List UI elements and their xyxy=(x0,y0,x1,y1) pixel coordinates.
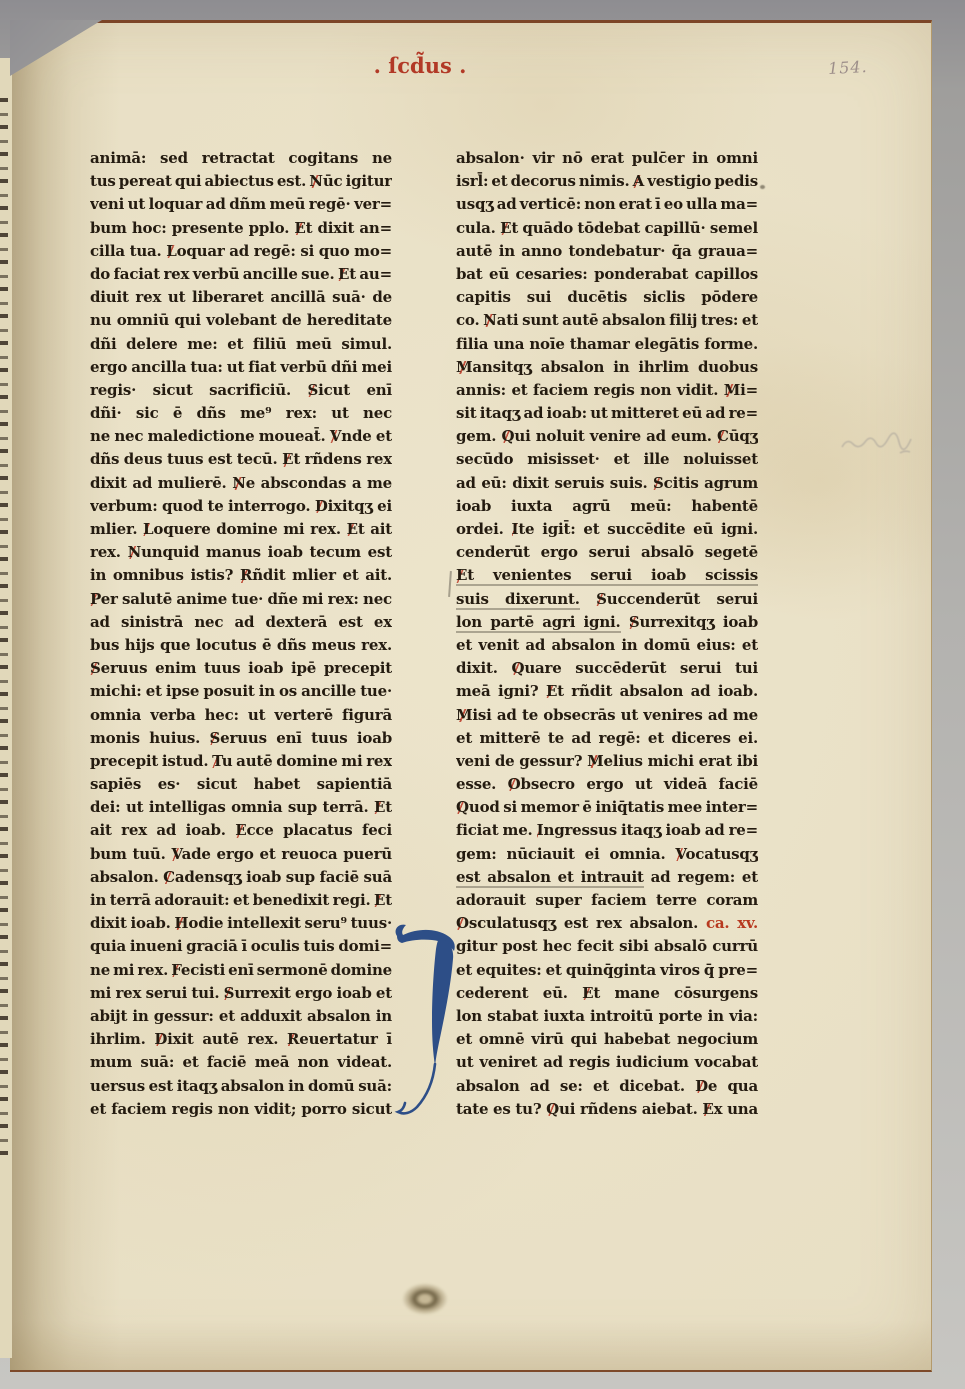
stain-spot xyxy=(402,1283,448,1315)
text-line: Misi ad te obsecrās ut venires ad me xyxy=(456,704,758,727)
text-line: animā: sed retractat cogitans ne peni= xyxy=(90,147,392,170)
text-line: absalon. Cadensqʒ ioab sup faciē suā xyxy=(90,866,392,889)
illuminated-initial-I xyxy=(392,921,466,1126)
text-line: et omnē virū qui habebat negocium xyxy=(456,1028,758,1051)
text-line: ordei. Ite igit̄: et succēdite eū igni. … xyxy=(456,518,758,541)
text-line: regis· sicut sacrificiū. Sicut enī angel… xyxy=(90,379,392,402)
text-line: et mitterē te ad regē: et diceres ei. Qu… xyxy=(456,727,758,750)
text-line: Osculatusqʒ est rex absalon. ca. xv. xyxy=(456,912,758,935)
text-line: cederent eū. Et mane cōsurgens absa= xyxy=(456,982,758,1005)
text-line: meā igni? Et rñdit absalon ad ioab. xyxy=(456,680,758,703)
text-line: ut veniret ad regis iudicium vocabat xyxy=(456,1051,758,1074)
text-line: cula. Et quādo tōdebat capillū· semel xyxy=(456,217,758,240)
text-line: nu omniū qui volebant de hereditate xyxy=(90,309,392,332)
text-line: bum hoc: presente pplo. Et dixit an= xyxy=(90,217,392,240)
text-line: dixit ad mulierē. Ne abscondas a me xyxy=(90,472,392,495)
text-line: dñi· sic ē dñs me⁹ rex: ut nec bñdictio= xyxy=(90,402,392,425)
text-line: do faciat rex verbū ancille sue. Et au= xyxy=(90,263,392,286)
text-line: lon partē agri igni. Surrexitqʒ ioab xyxy=(456,611,758,634)
text-line: capitis sui ducētis siclis pōdere publi= xyxy=(456,286,758,309)
text-line: gem: nūciauit ei omnia. Vocatusqʒ xyxy=(456,843,758,866)
text-line: dixit. Quare succēderūt serui tui segetē xyxy=(456,657,758,680)
pencil-margin-tick xyxy=(448,571,452,597)
text-line: omnia verba hec: ut verterē figurā ser= xyxy=(90,704,392,727)
text-line: isrl̄: et decorus nimis. A vestigio pedi… xyxy=(456,170,758,193)
text-line: tus pereat qui abiectus est. Nūc igitur xyxy=(90,170,392,193)
text-line: michi: et ipse posuit in os ancille tue· xyxy=(90,680,392,703)
text-line: ioab iuxta agrū meū: habentē messem xyxy=(456,495,758,518)
text-line: et equites: et quinq̄ginta viros q̄ pre= xyxy=(456,959,758,982)
text-line: sit itaqʒ ad ioab: ut mitteret eū ad re= xyxy=(456,402,758,425)
text-line: ne nec maledictione moueat̄. Vnde et xyxy=(90,425,392,448)
text-line: esse. Obsecro ergo ut videā faciē regis. xyxy=(456,773,758,796)
text-line: ad eū: dixit seruis suis. Scitis agrum xyxy=(456,472,758,495)
text-line: ergo ancilla tua: ut fiat verbū dñi mei xyxy=(90,356,392,379)
text-line: mum suā: et faciē meā non videat. Re= xyxy=(90,1051,392,1074)
facing-page-text-fragments xyxy=(0,98,8,1158)
text-line: bat eū cesaries: ponderabat capillos xyxy=(456,263,758,286)
text-line: ficiat me. Ingressus itaqʒ ioab ad re= xyxy=(456,819,758,842)
text-line: absalon· vir nō erat pulc̄er in omni xyxy=(456,147,758,170)
text-line: in terrā adorauit: et benedixit regi. Et xyxy=(90,889,392,912)
running-title: . ſcd̃us . xyxy=(340,53,500,78)
text-line: dñs deus tuus est tecū. Et rñdens rex xyxy=(90,448,392,471)
text-line: cilla tua. Loquar ad regē: si quo mo= xyxy=(90,240,392,263)
text-line: et venit ad absalon in domū eius: et xyxy=(456,634,758,657)
margin-pencil-note xyxy=(838,427,930,461)
text-line: ait rex ad ioab. Ecce placatus feci ver= xyxy=(90,819,392,842)
text-line: tate es tu? Qui rñdens aiebat. Ex una xyxy=(456,1098,758,1121)
text-line: Mansitqʒ absalon in ihrlim duobus xyxy=(456,356,758,379)
text-line: sapiēs es· sicut habet sapientiā angel⁹ xyxy=(90,773,392,796)
text-line: Seruus enim tuus ioab ipē precepit xyxy=(90,657,392,680)
text-column-right: absalon· vir nō erat pulc̄er in omniisrl… xyxy=(456,147,758,1121)
folio-number: 154. xyxy=(828,57,869,78)
text-line: in omnibus istis? Rñdit mlier et ait. xyxy=(90,564,392,587)
text-line: mlier. Loquere domine mi rex. Et ait xyxy=(90,518,392,541)
text-line: adorauit super faciem terre coram eo. xyxy=(456,889,758,912)
text-line: Et venientes serui ioab scissis vestibus xyxy=(456,564,758,587)
text-line: gem. Qui noluit venire ad eum. Cūqʒ xyxy=(456,425,758,448)
text-line: dñi delere me: et filiū meū simul. Dicat xyxy=(90,333,392,356)
text-line: bum tuū. Vade ergo et reuoca puerū xyxy=(90,843,392,866)
text-line: lon stabat iuxta introitū porte in via: xyxy=(456,1005,758,1028)
text-line: diuit rex ut liberaret ancillā suā· de m… xyxy=(90,286,392,309)
facing-page-edge xyxy=(0,58,12,1358)
text-line: absalon ad se: et dicebat. De qua ciui= xyxy=(456,1075,758,1098)
text-line: dei: ut intelligas omnia sup terrā. Et xyxy=(90,796,392,819)
text-line: bus hijs que locutus ē dñs meus rex. xyxy=(90,634,392,657)
text-line: dixit ioab. Hodie intellexit seru⁹ tuus· xyxy=(90,912,392,935)
scanned-manuscript-page: . ſcd̃us . 154. animā: sed retractat cog… xyxy=(0,0,965,1389)
fly-speck xyxy=(760,185,765,189)
text-line: secūdo misisset· et ille noluisset venir… xyxy=(456,448,758,471)
bottom-edge-shading xyxy=(10,1320,931,1370)
text-line: veni de gessur? Melius michi erat ibi xyxy=(456,750,758,773)
text-column-left: animā: sed retractat cogitans ne peni=tu… xyxy=(90,147,392,1121)
text-line: est absalon et intrauit ad regem: et xyxy=(456,866,758,889)
text-line: usqʒ ad verticē: non erat ī eo ulla ma= xyxy=(456,193,758,216)
text-line: Per salutē anime tue· dñe mi rex: nec xyxy=(90,588,392,611)
text-line: veni ut loquar ad dñm meū regē· ver= xyxy=(90,193,392,216)
text-line: co. Nati sunt autē absalon filij tres: e… xyxy=(456,309,758,332)
text-line: quia inueni graciā ī oculis tuis domi= xyxy=(90,935,392,958)
text-line: cenderūt ergo serui absalō segetē igni. xyxy=(456,541,758,564)
text-line: autē in anno tondebatur· q̄a graua= xyxy=(456,240,758,263)
text-line: Quod si memor ē iniq̄tatis mee inter= xyxy=(456,796,758,819)
page-leaf: . ſcd̃us . 154. animā: sed retractat cog… xyxy=(10,20,932,1372)
text-line: rex. Nunquid manus ioab tecum est xyxy=(90,541,392,564)
text-line: verbum: quod te interrogo. Dixitqʒ ei xyxy=(90,495,392,518)
text-line: ad sinistrā nec ad dexterā est ex omni= xyxy=(90,611,392,634)
text-line: et faciem regis non vidit; porro sicut xyxy=(90,1098,392,1121)
text-line: uersus est itaqʒ absalon in domū suā: xyxy=(90,1075,392,1098)
text-line: monis huius. Seruus enī tuus ioab xyxy=(90,727,392,750)
text-line: gitur post hec fecit sibi absalō currū xyxy=(456,935,758,958)
text-line: precepit istud. Tu autē domine mi rex xyxy=(90,750,392,773)
text-line: mi rex serui tui. Surrexit ergo ioab et xyxy=(90,982,392,1005)
text-line: filia una noīe thamar elegātis forme. xyxy=(456,333,758,356)
text-line: abijt in gessur: et adduxit absalon in xyxy=(90,1005,392,1028)
text-line: ihrlim. Dixit autē rex. Reuertatur ī do= xyxy=(90,1028,392,1051)
text-line: annis: et faciem regis non vidit. Mi= xyxy=(456,379,758,402)
text-line: suis dixerunt. Succenderūt serui absa= xyxy=(456,588,758,611)
text-line: ne mi rex. Fecisti enī sermonē domine xyxy=(90,959,392,982)
